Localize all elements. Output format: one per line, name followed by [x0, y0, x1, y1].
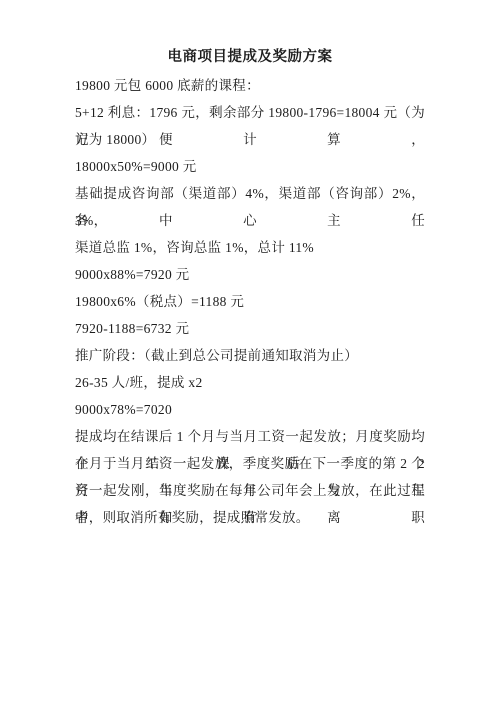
paragraph-line: 渠道总监 1%，咨询总监 1%，总计 11% [75, 234, 425, 261]
paragraph-line: 26-35 人/班，提成 x2 [75, 369, 425, 396]
paragraph-line: 推广阶段：（截止到总公司提前通知取消为止） [75, 342, 425, 369]
paragraph-line: 个月于当月工资一起发放，季度奖励在下一季度的第 2 个月当月与工 [75, 450, 425, 477]
paragraph-line: 18000x50%=9000 元 [75, 153, 425, 180]
paragraph-line: 资一起发刚，年度奖励在每年公司年会上发放，在此过程中如有离职 [75, 477, 425, 504]
paragraph-line: 5+12 利息：1796 元，剩余部分 19800-1796=18004 元（为… [75, 99, 425, 126]
paragraph-line: 9000x88%=7920 元 [75, 261, 425, 288]
document-body: 19800 元包 6000 底薪的课程： 5+12 利息：1796 元，剩余部分… [75, 72, 425, 531]
document-title: 电商项目提成及奖励方案 [0, 0, 500, 66]
paragraph-line: 基础提成咨询部（渠道部）4%，渠道部（咨询部）2%，各中心主任 [75, 180, 425, 207]
paragraph-line: 19800x6%（税点）=1188 元 [75, 288, 425, 315]
document-page: 电商项目提成及奖励方案 19800 元包 6000 底薪的课程： 5+12 利息… [0, 0, 500, 707]
paragraph-line: 提成均在结课后 1 个月与当月工资一起发放；月度奖励均在结课后 2 [75, 423, 425, 450]
paragraph-line: 19800 元包 6000 底薪的课程： [75, 72, 425, 99]
paragraph-line: 9000x78%=7020 [75, 396, 425, 423]
paragraph-line: 7920-1188=6732 元 [75, 315, 425, 342]
